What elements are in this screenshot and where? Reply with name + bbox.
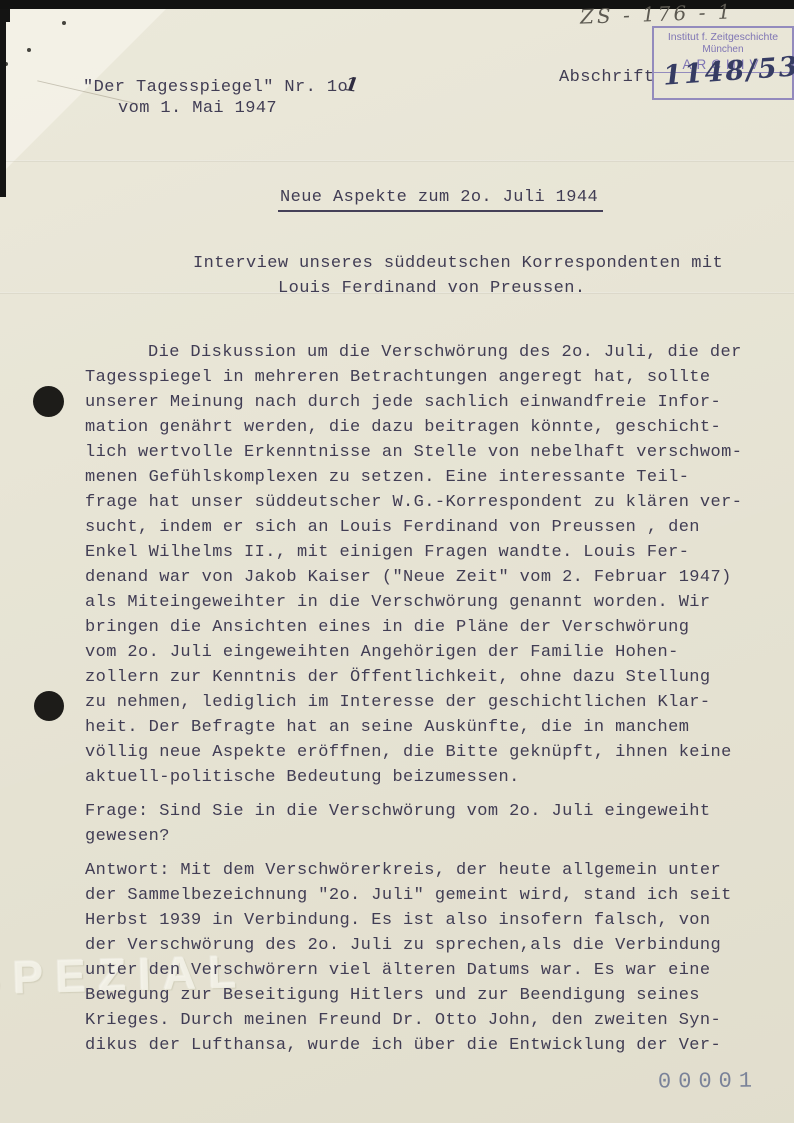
masthead-line1: "Der Tagesspiegel" Nr. 1o1	[83, 74, 359, 97]
article-subtitle-line2: Louis Ferdinand von Preussen.	[278, 279, 585, 298]
fold-line	[0, 160, 794, 162]
body-line: Enkel Wilhelms II., mit einigen Fragen w…	[85, 540, 775, 565]
punch-hole	[34, 691, 64, 721]
body-line: dikus der Lufthansa, wurde ich über die …	[85, 1033, 775, 1058]
body-line: völlig neue Aspekte eröffnen, die Bitte …	[85, 740, 775, 765]
document-page: SPEZIAL "Der Tagesspiegel" Nr. 1o1 vom 1…	[0, 0, 794, 1123]
body-line: menen Gefühlskomplexen zu setzen. Eine i…	[85, 465, 775, 490]
body-line: Krieges. Durch meinen Freund Dr. Otto Jo…	[85, 1008, 775, 1033]
archive-signature-handwriting: ZS - 176 - 1	[580, 0, 734, 29]
body-line: lich wertvolle Erkenntnisse an Stelle vo…	[85, 440, 775, 465]
body-line: frage hat unser süddeutscher W.G.-Korres…	[85, 490, 775, 515]
masthead-handwritten-digit: 1	[344, 73, 361, 97]
body-line: mation genährt werden, die dazu beitrage…	[85, 415, 775, 440]
punch-hole	[33, 386, 64, 417]
body-line: zu nehmen, lediglich im Interesse der ge…	[85, 690, 775, 715]
abschrift-label: Abschrift	[559, 68, 654, 87]
body-line: Die Diskussion um die Verschwörung des 2…	[85, 340, 775, 365]
staple-hole	[62, 21, 66, 25]
body-line: Antwort: Mit dem Verschwörerkreis, der h…	[85, 858, 775, 883]
body-line: sucht, indem er sich an Louis Ferdinand …	[85, 515, 775, 540]
body-line: Frage: Sind Sie in die Verschwörung vom …	[85, 799, 775, 824]
body-line: unter den Verschwörern viel älteren Datu…	[85, 958, 775, 983]
staple-hole	[27, 48, 31, 52]
body-line: der Verschwörung des 2o. Juli zu spreche…	[85, 933, 775, 958]
body-line: Bewegung zur Beseitigung Hitlers und zur…	[85, 983, 775, 1008]
scan-edge-left	[0, 0, 6, 197]
body-line: Tagesspiegel in mehreren Betrachtungen a…	[85, 365, 775, 390]
paragraph: Frage: Sind Sie in die Verschwörung vom …	[85, 799, 775, 849]
body-line: als Miteingeweihter in die Verschwörung …	[85, 590, 775, 615]
body-line: unserer Meinung nach durch jede sachlich…	[85, 390, 775, 415]
body-line: Herbst 1939 in Verbindung. Es ist also i…	[85, 908, 775, 933]
paragraph: Antwort: Mit dem Verschwörerkreis, der h…	[85, 858, 775, 1058]
body-line: vom 2o. Juli eingeweihten Angehörigen de…	[85, 640, 775, 665]
masthead-line2: vom 1. Mai 1947	[118, 99, 277, 118]
body-line: bringen die Ansichten eines in die Pläne…	[85, 615, 775, 640]
body-line: heit. Der Befragte hat an seine Auskünft…	[85, 715, 775, 740]
masthead-line1-typed: "Der Tagesspiegel" Nr. 1o	[83, 78, 348, 97]
stamp-institute-line: Institut f. Zeitgeschichte	[656, 31, 790, 44]
body-line: aktuell-politische Bedeutung beizumessen…	[85, 765, 775, 790]
article-subtitle-line1: Interview unseres süddeutschen Korrespon…	[193, 254, 723, 273]
article-title: Neue Aspekte zum 2o. Juli 1944	[278, 188, 603, 212]
article-body: Die Diskussion um die Verschwörung des 2…	[85, 340, 775, 1067]
paragraph: Die Diskussion um die Verschwörung des 2…	[85, 340, 775, 790]
page-number-stamp: 00001	[658, 1069, 759, 1095]
body-line: gewesen?	[85, 824, 775, 849]
body-line: zollern zur Kenntnis der Öffentlichkeit,…	[85, 665, 775, 690]
body-line: der Sammelbezeichnung "2o. Juli" gemeint…	[85, 883, 775, 908]
body-line: denand war von Jakob Kaiser ("Neue Zeit"…	[85, 565, 775, 590]
